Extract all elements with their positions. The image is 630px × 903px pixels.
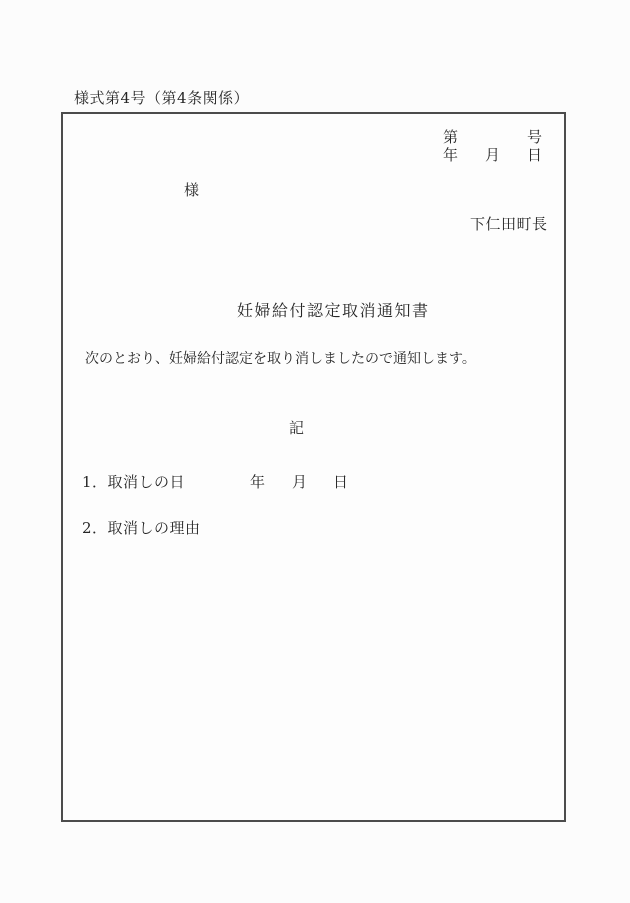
issue-date-month-label: 月	[485, 147, 501, 164]
issue-date-day-label: 日	[527, 147, 543, 164]
doc-number-prefix: 第	[443, 129, 459, 146]
notice-border-box: 第 号 年 月 日 様 下仁田町長 妊婦給付認定取消通知書 次のとおり、妊婦給付…	[61, 112, 566, 822]
cancellation-date-day-label: 日	[333, 474, 349, 491]
cancellation-date-item-label: 1．取消しの日	[82, 474, 185, 491]
document-title: 妊婦給付認定取消通知書	[237, 302, 430, 319]
issue-date-year-label: 年	[443, 147, 459, 164]
sender-title: 下仁田町長	[470, 216, 548, 233]
record-heading: 記	[289, 420, 305, 437]
notification-body-text: 次のとおり、妊婦給付認定を取り消しましたので通知します。	[85, 351, 476, 368]
doc-number-suffix: 号	[527, 129, 543, 146]
cancellation-reason-item-label: 2．取消しの理由	[82, 520, 201, 537]
cancellation-date-month-label: 月	[292, 474, 308, 491]
addressee-honorific: 様	[184, 182, 200, 199]
form-number-label: 様式第4号（第4条関係）	[74, 90, 249, 107]
cancellation-date-year-label: 年	[250, 474, 266, 491]
document-page: 様式第4号（第4条関係） 第 号 年 月 日 様 下仁田町長 妊婦給付認定取消通…	[0, 0, 630, 903]
